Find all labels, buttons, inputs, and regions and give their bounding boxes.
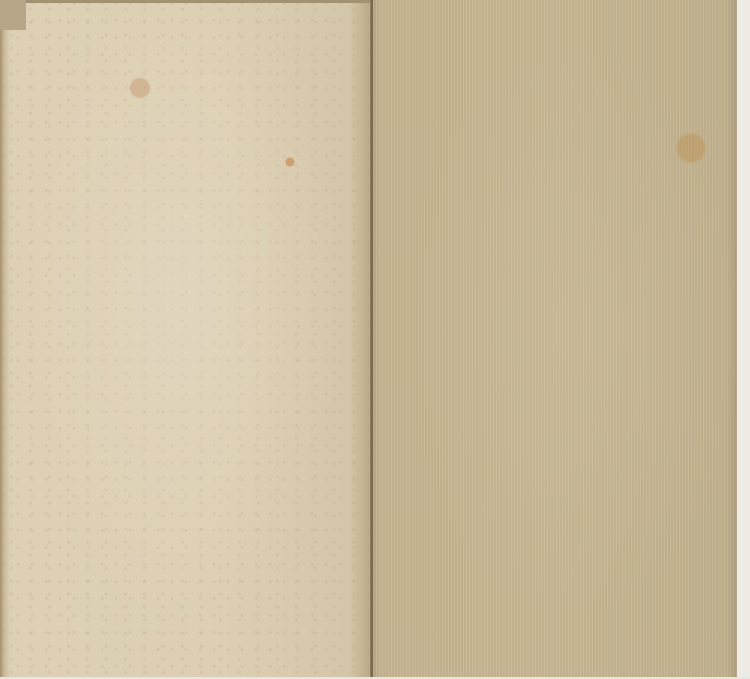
left-page — [0, 0, 372, 677]
left-page-top-edge — [0, 0, 371, 3]
left-page-corner — [0, 0, 26, 30]
book-spread — [0, 0, 750, 679]
scan-margin-right — [737, 0, 750, 679]
right-page — [373, 0, 737, 677]
